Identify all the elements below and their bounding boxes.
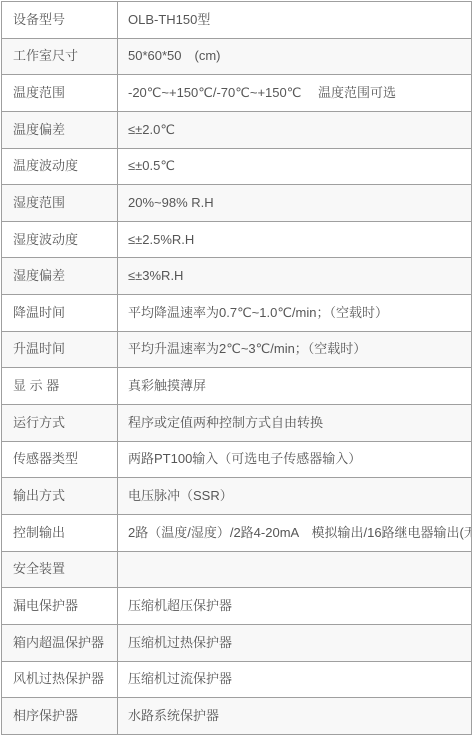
spec-label: 降温时间 [2,295,118,332]
table-row: 升温时间 平均升温速率为2℃~3℃/min；（空载时） [2,331,472,368]
table-row: 显 示 器 真彩触摸薄屏 [2,368,472,405]
table-row: 温度波动度 ≤±0.5℃ [2,148,472,185]
spec-label: 设备型号 [2,2,118,39]
spec-label: 升温时间 [2,331,118,368]
spec-value: 水路系统保护器 [118,698,472,735]
spec-table: 设备型号 OLB-TH150型 工作室尺寸 50*60*50 (cm) 温度范围… [1,1,472,735]
spec-value: 2路（温度/湿度）/2路4-20mA 模拟输出/16路继电器输出(无源) [118,514,472,551]
table-row: 安全装置 [2,551,472,588]
table-row: 控制输出 2路（温度/湿度）/2路4-20mA 模拟输出/16路继电器输出(无源… [2,514,472,551]
spec-label: 湿度波动度 [2,221,118,258]
spec-label: 风机过热保护器 [2,661,118,698]
spec-label: 安全装置 [2,551,118,588]
spec-value: 电压脉冲（SSR） [118,478,472,515]
spec-table-body: 设备型号 OLB-TH150型 工作室尺寸 50*60*50 (cm) 温度范围… [2,2,472,735]
spec-value: 压缩机过热保护器 [118,624,472,661]
table-row: 运行方式 程序或定值两种控制方式自由转换 [2,405,472,442]
spec-label: 传感器类型 [2,441,118,478]
spec-value: OLB-TH150型 [118,2,472,39]
spec-label: 温度范围 [2,75,118,112]
table-row: 工作室尺寸 50*60*50 (cm) [2,38,472,75]
spec-value: -20℃~+150℃/-70℃~+150℃ 温度范围可选 [118,75,472,112]
spec-label: 相序保护器 [2,698,118,735]
spec-label: 箱内超温保护器 [2,624,118,661]
table-row: 传感器类型 两路PT100输入（可选电子传感器输入） [2,441,472,478]
spec-label: 漏电保护器 [2,588,118,625]
spec-label: 输出方式 [2,478,118,515]
spec-value: 平均降温速率为0.7℃~1.0℃/min；（空载时） [118,295,472,332]
spec-value: 程序或定值两种控制方式自由转换 [118,405,472,442]
spec-value [118,551,472,588]
spec-label: 湿度范围 [2,185,118,222]
spec-value: ≤±2.0℃ [118,111,472,148]
table-row: 湿度波动度 ≤±2.5%R.H [2,221,472,258]
spec-label: 显 示 器 [2,368,118,405]
table-row: 箱内超温保护器 压缩机过热保护器 [2,624,472,661]
table-row: 设备型号 OLB-TH150型 [2,2,472,39]
table-row: 漏电保护器 压缩机超压保护器 [2,588,472,625]
spec-value: ≤±3%R.H [118,258,472,295]
spec-value: 压缩机超压保护器 [118,588,472,625]
spec-value: 20%~98% R.H [118,185,472,222]
table-row: 湿度范围 20%~98% R.H [2,185,472,222]
spec-value: 两路PT100输入（可选电子传感器输入） [118,441,472,478]
spec-label: 运行方式 [2,405,118,442]
table-row: 相序保护器 水路系统保护器 [2,698,472,735]
table-row: 风机过热保护器 压缩机过流保护器 [2,661,472,698]
spec-value: ≤±2.5%R.H [118,221,472,258]
spec-label: 工作室尺寸 [2,38,118,75]
spec-label: 温度波动度 [2,148,118,185]
spec-value: 真彩触摸薄屏 [118,368,472,405]
spec-value: 压缩机过流保护器 [118,661,472,698]
table-row: 温度偏差 ≤±2.0℃ [2,111,472,148]
spec-label: 温度偏差 [2,111,118,148]
spec-value: 平均升温速率为2℃~3℃/min；（空载时） [118,331,472,368]
table-row: 湿度偏差 ≤±3%R.H [2,258,472,295]
spec-label: 控制输出 [2,514,118,551]
spec-label: 湿度偏差 [2,258,118,295]
table-row: 降温时间 平均降温速率为0.7℃~1.0℃/min；（空载时） [2,295,472,332]
table-row: 输出方式 电压脉冲（SSR） [2,478,472,515]
spec-value: ≤±0.5℃ [118,148,472,185]
table-row: 温度范围 -20℃~+150℃/-70℃~+150℃ 温度范围可选 [2,75,472,112]
spec-value: 50*60*50 (cm) [118,38,472,75]
